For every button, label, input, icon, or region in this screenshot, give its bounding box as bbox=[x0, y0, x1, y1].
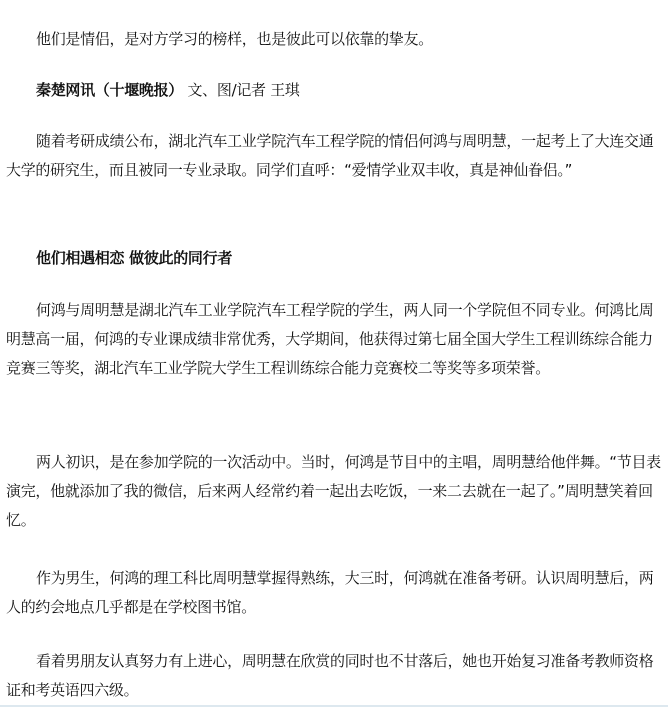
body-paragraph: 随着考研成绩公布，湖北汽车工业学院汽车工程学院的情侣何鸿与周明慧，一起考上了大连… bbox=[6, 127, 662, 185]
body-paragraph: 何鸿与周明慧是湖北汽车工业学院汽车工程学院的学生，两人同一个学院但不同专业。何鸿… bbox=[6, 296, 662, 383]
body-paragraph: 两人初识，是在参加学院的一次活动中。当时，何鸿是节目中的主唱，周明慧给他伴舞。“… bbox=[6, 448, 662, 535]
byline-source: 秦楚网讯（十堰晚报） bbox=[36, 81, 183, 99]
body-paragraph: 作为男生，何鸿的理工科比周明慧掌握得熟练，大三时，何鸿就在准备考研。认识周明慧后… bbox=[6, 564, 662, 622]
byline-credit: 文、图/记者 王琪 bbox=[187, 81, 299, 99]
byline: 秦楚网讯（十堰晚报） 文、图/记者 王琪 bbox=[6, 76, 662, 105]
intro-paragraph: 他们是情侣，是对方学习的榜样，也是彼此可以依靠的挚友。 bbox=[6, 25, 662, 54]
section-subheading: 他们相遇相恋 做彼此的同行者 bbox=[6, 244, 662, 273]
body-paragraph: 看着男朋友认真努力有上进心，周明慧在欣赏的同时也不甘落后，她也开始复习准备考教师… bbox=[6, 647, 662, 705]
